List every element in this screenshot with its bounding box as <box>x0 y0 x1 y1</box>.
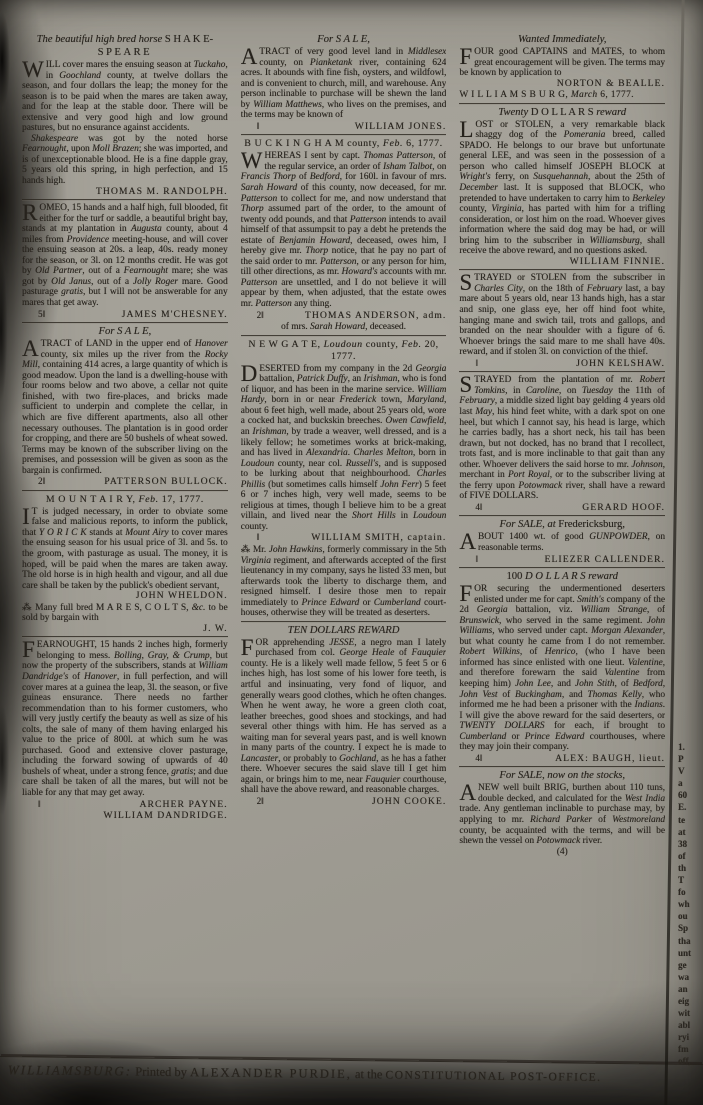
signature-name: WILLIAM SMITH, captain. <box>311 533 446 544</box>
ad-centered-line: W I L L I A M S B U R G, March 6, 1777. <box>459 90 665 101</box>
signature-mark: 2‖ <box>22 476 45 487</box>
ad-divider-rule <box>22 490 228 491</box>
ad-signature: WILLIAM FINNIE. <box>459 257 665 268</box>
adjacent-page-fragment: 1. <box>678 741 702 753</box>
ad-heading: 100 D O L L A R S reward <box>459 571 665 583</box>
drop-cap: A <box>459 783 478 803</box>
ad-divider-rule <box>459 766 665 767</box>
ad-paragraph: WHEREAS I sent by capt. Thomas Patterson… <box>241 151 447 309</box>
ad-signature: ‖ARCHER PAYNE. <box>22 799 228 811</box>
adjacent-page-fragment: E. <box>678 801 702 813</box>
adjacent-page-fragment: off, <box>678 1055 702 1067</box>
adjacent-page-fragment: ge <box>678 959 702 971</box>
newspaper-ad: STRAYED or STOLEN from the subscriber in… <box>459 273 665 369</box>
ad-divider-rule <box>459 567 665 568</box>
ad-signature: WILLIAM DANDRIDGE. <box>22 811 228 822</box>
imprint-line: WILLIAMSBURG: Printed by ALEXANDER PURDI… <box>0 1056 703 1086</box>
drop-cap: F <box>241 638 256 658</box>
adjacent-page-fragment: tha <box>678 935 702 947</box>
imprint-printer-name: ALEXANDER PURDIE, <box>190 1065 352 1081</box>
drop-cap: W <box>22 60 46 80</box>
ad-signature: J. W. <box>22 624 228 635</box>
signature-mark: ‖ <box>241 532 260 543</box>
ad-paragraph: ANEW well built BRIG, burthen about 110 … <box>459 783 665 846</box>
newspaper-ad: TEN DOLLARS REWARDFOR apprehending JESSE… <box>241 625 447 808</box>
ad-columns: The beautiful high bred horse S H A K E-… <box>22 33 665 1057</box>
ad-divider-rule <box>241 335 447 336</box>
ad-signature: ‖WILLIAM JONES. <box>241 121 447 133</box>
drop-cap: S <box>459 273 474 293</box>
ad-paragraph: STRAYED from the plantation of mr. Rober… <box>459 375 665 502</box>
imprint-printed-by: Printed by <box>135 1065 187 1080</box>
ad-paragraph: FEARNOUGHT, 15 hands 2 inches high, form… <box>22 640 228 798</box>
ad-paragraph: DESERTED from my company in the 2d Georg… <box>241 364 447 533</box>
newspaper-ad: M O U N T A I R Y, Feb. 17, 1777.IT is j… <box>22 494 228 635</box>
newspaper-ad: N E W G A T E, Loudoun county, Feb. 20, … <box>241 339 447 619</box>
signature-mark: 2‖ <box>241 310 264 321</box>
signature-name: JAMES M'CHESNEY. <box>122 310 228 321</box>
ad-signature: 2‖THOMAS ANDERSON, adm. <box>241 310 447 322</box>
ad-centered-line: of mrs. Sarah Howard, deceased. <box>241 322 447 333</box>
ad-heading: The beautiful high bred horse S H A K E- <box>22 34 228 46</box>
ad-heading: Twenty D O L L A R S reward <box>459 107 665 119</box>
ad-divider-rule <box>459 515 665 516</box>
ad-signature: JOHN WHELDON. <box>22 591 228 602</box>
drop-cap: A <box>241 47 260 67</box>
signature-mark: ‖ <box>459 554 478 565</box>
ad-heading: For S A L E, <box>241 34 447 46</box>
newspaper-ad: For SALE, at Fredericksburg,ABOUT 1400 w… <box>459 519 665 565</box>
ad-paragraph: STRAYED or STOLEN from the subscriber in… <box>459 273 665 357</box>
signature-name: NORTON & BEALLE. <box>557 79 665 90</box>
ad-divider-rule <box>241 134 447 135</box>
newspaper-ad: For SALE, now on the stocks,ANEW well bu… <box>459 770 665 857</box>
ad-paragraph: FOR securing the undermentioned deserter… <box>459 584 665 753</box>
signature-name: JOHN COOKE. <box>372 797 446 808</box>
drop-cap: D <box>241 364 260 384</box>
adjacent-page-fragment: 38 <box>678 838 702 850</box>
newspaper-ad: Twenty D O L L A R S rewardLOST or STOLE… <box>459 107 665 268</box>
adjacent-page-fragment: fo <box>678 886 702 898</box>
ad-paragraph: FOR apprehending JESSE, a negro man I la… <box>241 638 447 796</box>
newspaper-column-2: For S A L E,ATRACT of very good level la… <box>241 33 447 1057</box>
ad-signature: ‖ELIEZER CALLENDER. <box>459 554 665 566</box>
signature-name: GERARD HOOF. <box>582 503 665 514</box>
ad-paragraph: ⁂ Many full bred M A R E S, C O L T S, &… <box>22 603 228 624</box>
ad-heading: Wanted Immediately, <box>459 34 665 46</box>
ad-paragraph: ABOUT 1400 wt. of good GUNPOWDER, on rea… <box>459 532 665 553</box>
ad-heading: For SALE, at Fredericksburg, <box>459 519 665 531</box>
signature-mark: 4‖ <box>459 753 482 764</box>
ad-heading: TEN DOLLARS REWARD <box>241 625 447 637</box>
signature-name: J. W. <box>203 624 227 635</box>
drop-cap: F <box>459 47 474 67</box>
ad-paragraph: IT is judged necessary, in order to obvi… <box>22 507 228 591</box>
ad-paragraph: ATRACT of LAND in the upper end of Hanov… <box>22 339 228 476</box>
adjacent-page-fragment: a <box>678 777 702 789</box>
ad-paragraph: ⁂ Mr. John Hawkins, formerly commissary … <box>241 545 447 619</box>
signature-name: ARCHER PAYNE. <box>139 800 227 811</box>
signature-mark: 2‖ <box>241 796 264 807</box>
newspaper-ad: The beautiful high bred horse S H A K E-… <box>22 34 228 197</box>
signature-mark: 4‖ <box>459 502 482 513</box>
ad-heading: N E W G A T E, Loudoun county, Feb. 20, … <box>241 339 447 363</box>
ad-divider-rule <box>22 322 228 323</box>
adjacent-page-fragment: at <box>678 826 702 838</box>
signature-mark: 5‖ <box>22 309 45 320</box>
ad-divider-rule <box>459 269 665 270</box>
ad-signature: 4‖ALEX: BAUGH, lieut. <box>459 753 665 765</box>
adjacent-page-fragment: of <box>678 850 702 862</box>
signature-mark: ‖ <box>22 799 41 810</box>
drop-cap: W <box>241 151 265 171</box>
drop-cap: L <box>459 120 475 140</box>
ad-heading: M O U N T A I R Y, Feb. 17, 1777. <box>22 494 228 506</box>
ad-heading: For S A L E, <box>22 326 228 338</box>
newspaper-ad: For S A L E,ATRACT of very good level la… <box>241 34 447 132</box>
ad-signature: THOMAS M. RANDOLPH. <box>22 187 228 198</box>
ad-paragraph: Shakespeare was got by the noted horse F… <box>22 134 228 187</box>
newspaper-ad: FEARNOUGHT, 15 hands 2 inches high, form… <box>22 640 228 821</box>
adjacent-page-fragment: V <box>678 765 702 777</box>
ad-paragraph: LOST or STOLEN, a very remarkable black … <box>459 120 665 257</box>
ad-heading: For SALE, now on the stocks, <box>459 770 665 782</box>
drop-cap: S <box>459 375 474 395</box>
scan-edge-blotches <box>0 0 20 1105</box>
ad-heading: B U C K I N G H A M county, Feb. 6, 1777… <box>241 138 447 150</box>
adjacent-page-fragment: 60 <box>678 789 702 801</box>
adjacent-page-fragment: eig <box>678 995 702 1007</box>
drop-cap: A <box>22 339 41 359</box>
newspaper-ad: STRAYED from the plantation of mr. Rober… <box>459 375 665 513</box>
adjacent-page-fragment: wit <box>678 1007 702 1019</box>
drop-cap: R <box>22 203 39 223</box>
ad-signature: ‖WILLIAM SMITH, captain. <box>241 532 447 544</box>
newspaper-column-1: The beautiful high bred horse S H A K E-… <box>22 33 228 1057</box>
ad-divider-rule <box>22 199 228 200</box>
adjacent-page-fragment: Sp <box>678 922 702 934</box>
ad-paragraph: WILL cover mares the ensuing season at T… <box>22 60 228 134</box>
newspaper-column-3: Wanted Immediately,FOUR good CAPTAINS an… <box>459 33 665 1057</box>
ad-centered-line: (4) <box>459 847 665 858</box>
signature-name: ELIEZER CALLENDER. <box>545 555 666 566</box>
ad-signature: 4‖GERARD HOOF. <box>459 502 665 514</box>
adjacent-page-fragment: th <box>678 862 702 874</box>
drop-cap: F <box>22 640 37 660</box>
imprint-at-the: at the <box>355 1067 383 1081</box>
adjacent-page-fragment: wh <box>678 898 702 910</box>
drop-cap: I <box>22 507 32 527</box>
ad-signature: 5‖JAMES M'CHESNEY. <box>22 309 228 321</box>
adjacent-page-fragments: 1.PVa60E.teat38ofthTfowhouSpthauntgewaan… <box>678 741 702 1068</box>
imprint-city: WILLIAMSBURG: <box>8 1062 132 1078</box>
newspaper-ad: Wanted Immediately,FOUR good CAPTAINS an… <box>459 34 665 101</box>
newspaper-page: The beautiful high bred horse S H A K E-… <box>0 0 703 1105</box>
adjacent-page-fragment: fm <box>678 1043 702 1055</box>
newspaper-ad: ROMEO, 15 hands and a half high, full bl… <box>22 203 228 320</box>
signature-name: WILLIAM JONES. <box>355 122 447 133</box>
adjacent-page-fragment: an <box>678 983 702 995</box>
signature-mark: ‖ <box>459 358 478 369</box>
adjacent-page-fragment: unt <box>678 947 702 959</box>
ad-divider-rule <box>459 371 665 372</box>
signature-name: THOMAS ANDERSON, adm. <box>305 311 446 322</box>
signature-name: THOMAS M. RANDOLPH. <box>96 187 228 198</box>
signature-name: PATTERSON BULLOCK. <box>104 477 227 488</box>
ad-signature: ‖JOHN KELSHAW. <box>459 358 665 370</box>
newspaper-scan-photo: The beautiful high bred horse S H A K E-… <box>0 0 703 1105</box>
ad-signature: 2‖PATTERSON BULLOCK. <box>22 476 228 488</box>
adjacent-page-fragment: ryi <box>678 1031 702 1043</box>
ad-paragraph: ATRACT of very good level land in Middle… <box>241 47 447 121</box>
signature-name: WILLIAM DANDRIDGE. <box>103 811 227 822</box>
newspaper-ad: B U C K I N G H A M county, Feb. 6, 1777… <box>241 138 447 332</box>
signature-name: JOHN KELSHAW. <box>576 359 665 370</box>
ad-signature: 2‖JOHN COOKE. <box>241 796 447 808</box>
adjacent-page-fragment: ou <box>678 910 702 922</box>
imprint-office-name: CONSTITUTIONAL POST-OFFICE. <box>385 1069 601 1083</box>
ad-divider-rule <box>459 103 665 104</box>
page-right-edge: 1.PVa60E.teat38ofthTfowhouSpthauntgewaan… <box>665 0 703 1105</box>
ad-signature: NORTON & BEALLE. <box>459 79 665 90</box>
ad-divider-rule <box>22 636 228 637</box>
signature-name: WILLIAM FINNIE. <box>570 257 665 268</box>
newspaper-ad: 100 D O L L A R S rewardFOR securing the… <box>459 571 665 764</box>
adjacent-page-fragment: wa <box>678 971 702 983</box>
ad-heading: SPEARE <box>22 47 228 59</box>
adjacent-page-fragment: T <box>678 874 702 886</box>
ad-paragraph: ROMEO, 15 hands and a half high, full bl… <box>22 203 228 308</box>
signature-mark: ‖ <box>241 121 260 132</box>
signature-name: ALEX: BAUGH, lieut. <box>555 754 665 765</box>
newspaper-ad: For S A L E,ATRACT of LAND in the upper … <box>22 326 228 488</box>
ad-divider-rule <box>241 621 447 622</box>
ad-paragraph: FOUR good CAPTAINS and MATES, to whom gr… <box>459 47 665 79</box>
adjacent-page-fragment: abl <box>678 1019 702 1031</box>
signature-name: JOHN WHELDON. <box>136 591 228 602</box>
drop-cap: A <box>459 532 478 552</box>
drop-cap: F <box>459 584 474 604</box>
adjacent-page-fragment: P <box>678 753 702 765</box>
adjacent-page-fragment: te <box>678 814 702 826</box>
